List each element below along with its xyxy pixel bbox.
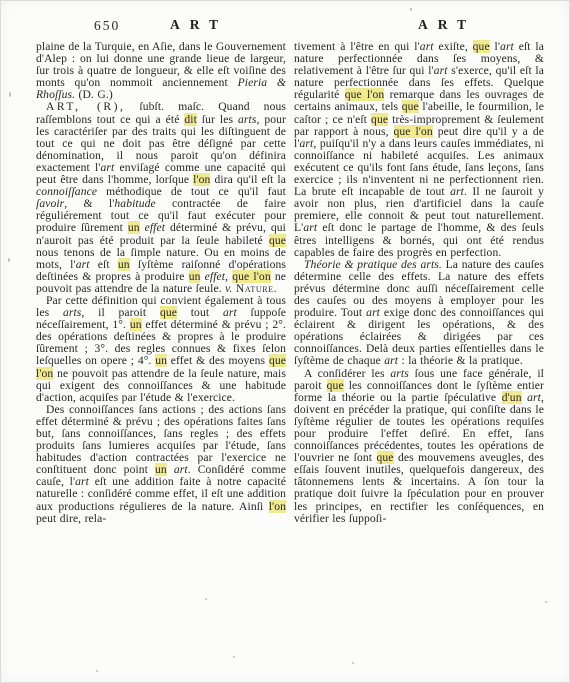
styled-text: art <box>450 185 464 198</box>
highlighted-word: un <box>130 318 142 331</box>
running-head-left: ART <box>170 17 228 33</box>
highlighted-word: que <box>371 113 388 126</box>
highlighted-word: l'on <box>269 500 286 513</box>
running-head-right: ART <box>418 17 476 33</box>
highlighted-word: que l'on <box>232 270 270 283</box>
styled-text: art <box>76 258 90 271</box>
paragraph: Théorie & pratique des arts. La nature d… <box>294 259 544 368</box>
styled-text: art <box>384 354 398 367</box>
styled-text: arts <box>238 113 256 126</box>
highlighted-word: que l'on <box>394 125 433 138</box>
scan-speck <box>8 258 10 262</box>
highlighted-word: un <box>155 354 167 367</box>
highlighted-word: que l'on <box>345 88 385 101</box>
page-number: 650 <box>94 18 120 34</box>
highlighted-word: un <box>189 270 201 283</box>
styled-text: arts <box>63 306 81 319</box>
running-header: 650 ART ART <box>0 17 570 37</box>
highlighted-word: un <box>128 221 140 234</box>
scan-speck <box>205 598 207 600</box>
styled-text: art <box>75 475 89 488</box>
styled-text: art <box>434 64 448 77</box>
styled-text: Nature <box>236 282 274 295</box>
paragraph: ART, (R), ſubſt. maſc. Quand nous raſſem… <box>36 101 286 295</box>
styled-text: art <box>366 306 380 319</box>
text-block: plaine de la Turquie, en Aſie, dans le G… <box>36 41 544 525</box>
scan-speck <box>545 601 547 603</box>
scan-speck <box>410 8 412 11</box>
paragraph: Des connoiſſances ſans actions ; des act… <box>36 404 286 525</box>
styled-text: Pieria & Rhoſſus. <box>36 76 286 101</box>
highlighted-word: que <box>327 379 344 392</box>
highlighted-word: que <box>402 100 419 113</box>
styled-text: Théorie & pratique des arts. <box>304 258 442 271</box>
right-column: tivement à l'être en qui l'art exiſte, q… <box>294 41 544 525</box>
paragraph: tivement à l'être en qui l'art exiſte, q… <box>294 41 544 259</box>
styled-text: habitude <box>114 197 155 210</box>
scan-speck <box>233 656 235 658</box>
scan-speck <box>352 662 354 664</box>
highlighted-word: dit <box>184 113 197 126</box>
highlighted-word: l'on <box>193 173 210 186</box>
styled-text: effet <box>145 221 165 234</box>
styled-text: art <box>101 161 115 174</box>
styled-text: connoiſſance <box>36 185 97 198</box>
styled-text: art <box>223 306 237 319</box>
styled-text: art <box>527 391 541 404</box>
styled-text: art <box>303 221 317 234</box>
paragraph: Par cette définition qui convient égalem… <box>36 295 286 404</box>
scan-speck <box>9 92 11 97</box>
highlighted-word: un <box>155 463 167 476</box>
highlighted-word: que <box>473 40 490 53</box>
left-column: plaine de la Turquie, en Aſie, dans le G… <box>36 41 286 525</box>
styled-text: art <box>420 40 434 53</box>
styled-text: art <box>174 463 188 476</box>
highlighted-word: que <box>269 234 286 247</box>
styled-text: ART, (R), <box>46 100 125 113</box>
styled-text: arts <box>390 367 408 380</box>
highlighted-word: un <box>118 258 130 271</box>
highlighted-word: que <box>377 451 394 464</box>
styled-text: art <box>500 40 514 53</box>
styled-text: art <box>300 137 314 150</box>
highlighted-word: d'un <box>502 391 522 404</box>
highlighted-word: que <box>160 306 177 319</box>
paragraph: plaine de la Turquie, en Aſie, dans le G… <box>36 41 286 101</box>
scan-speck <box>96 670 98 672</box>
styled-text: v. <box>225 282 232 295</box>
scanned-book-page: 650 ART ART plaine de la Turquie, en Aſi… <box>0 0 570 683</box>
paragraph: A conſidérer les arts ſous une face géné… <box>294 368 544 525</box>
styled-text: effet <box>205 270 225 283</box>
styled-text: ſavoir <box>36 197 64 210</box>
